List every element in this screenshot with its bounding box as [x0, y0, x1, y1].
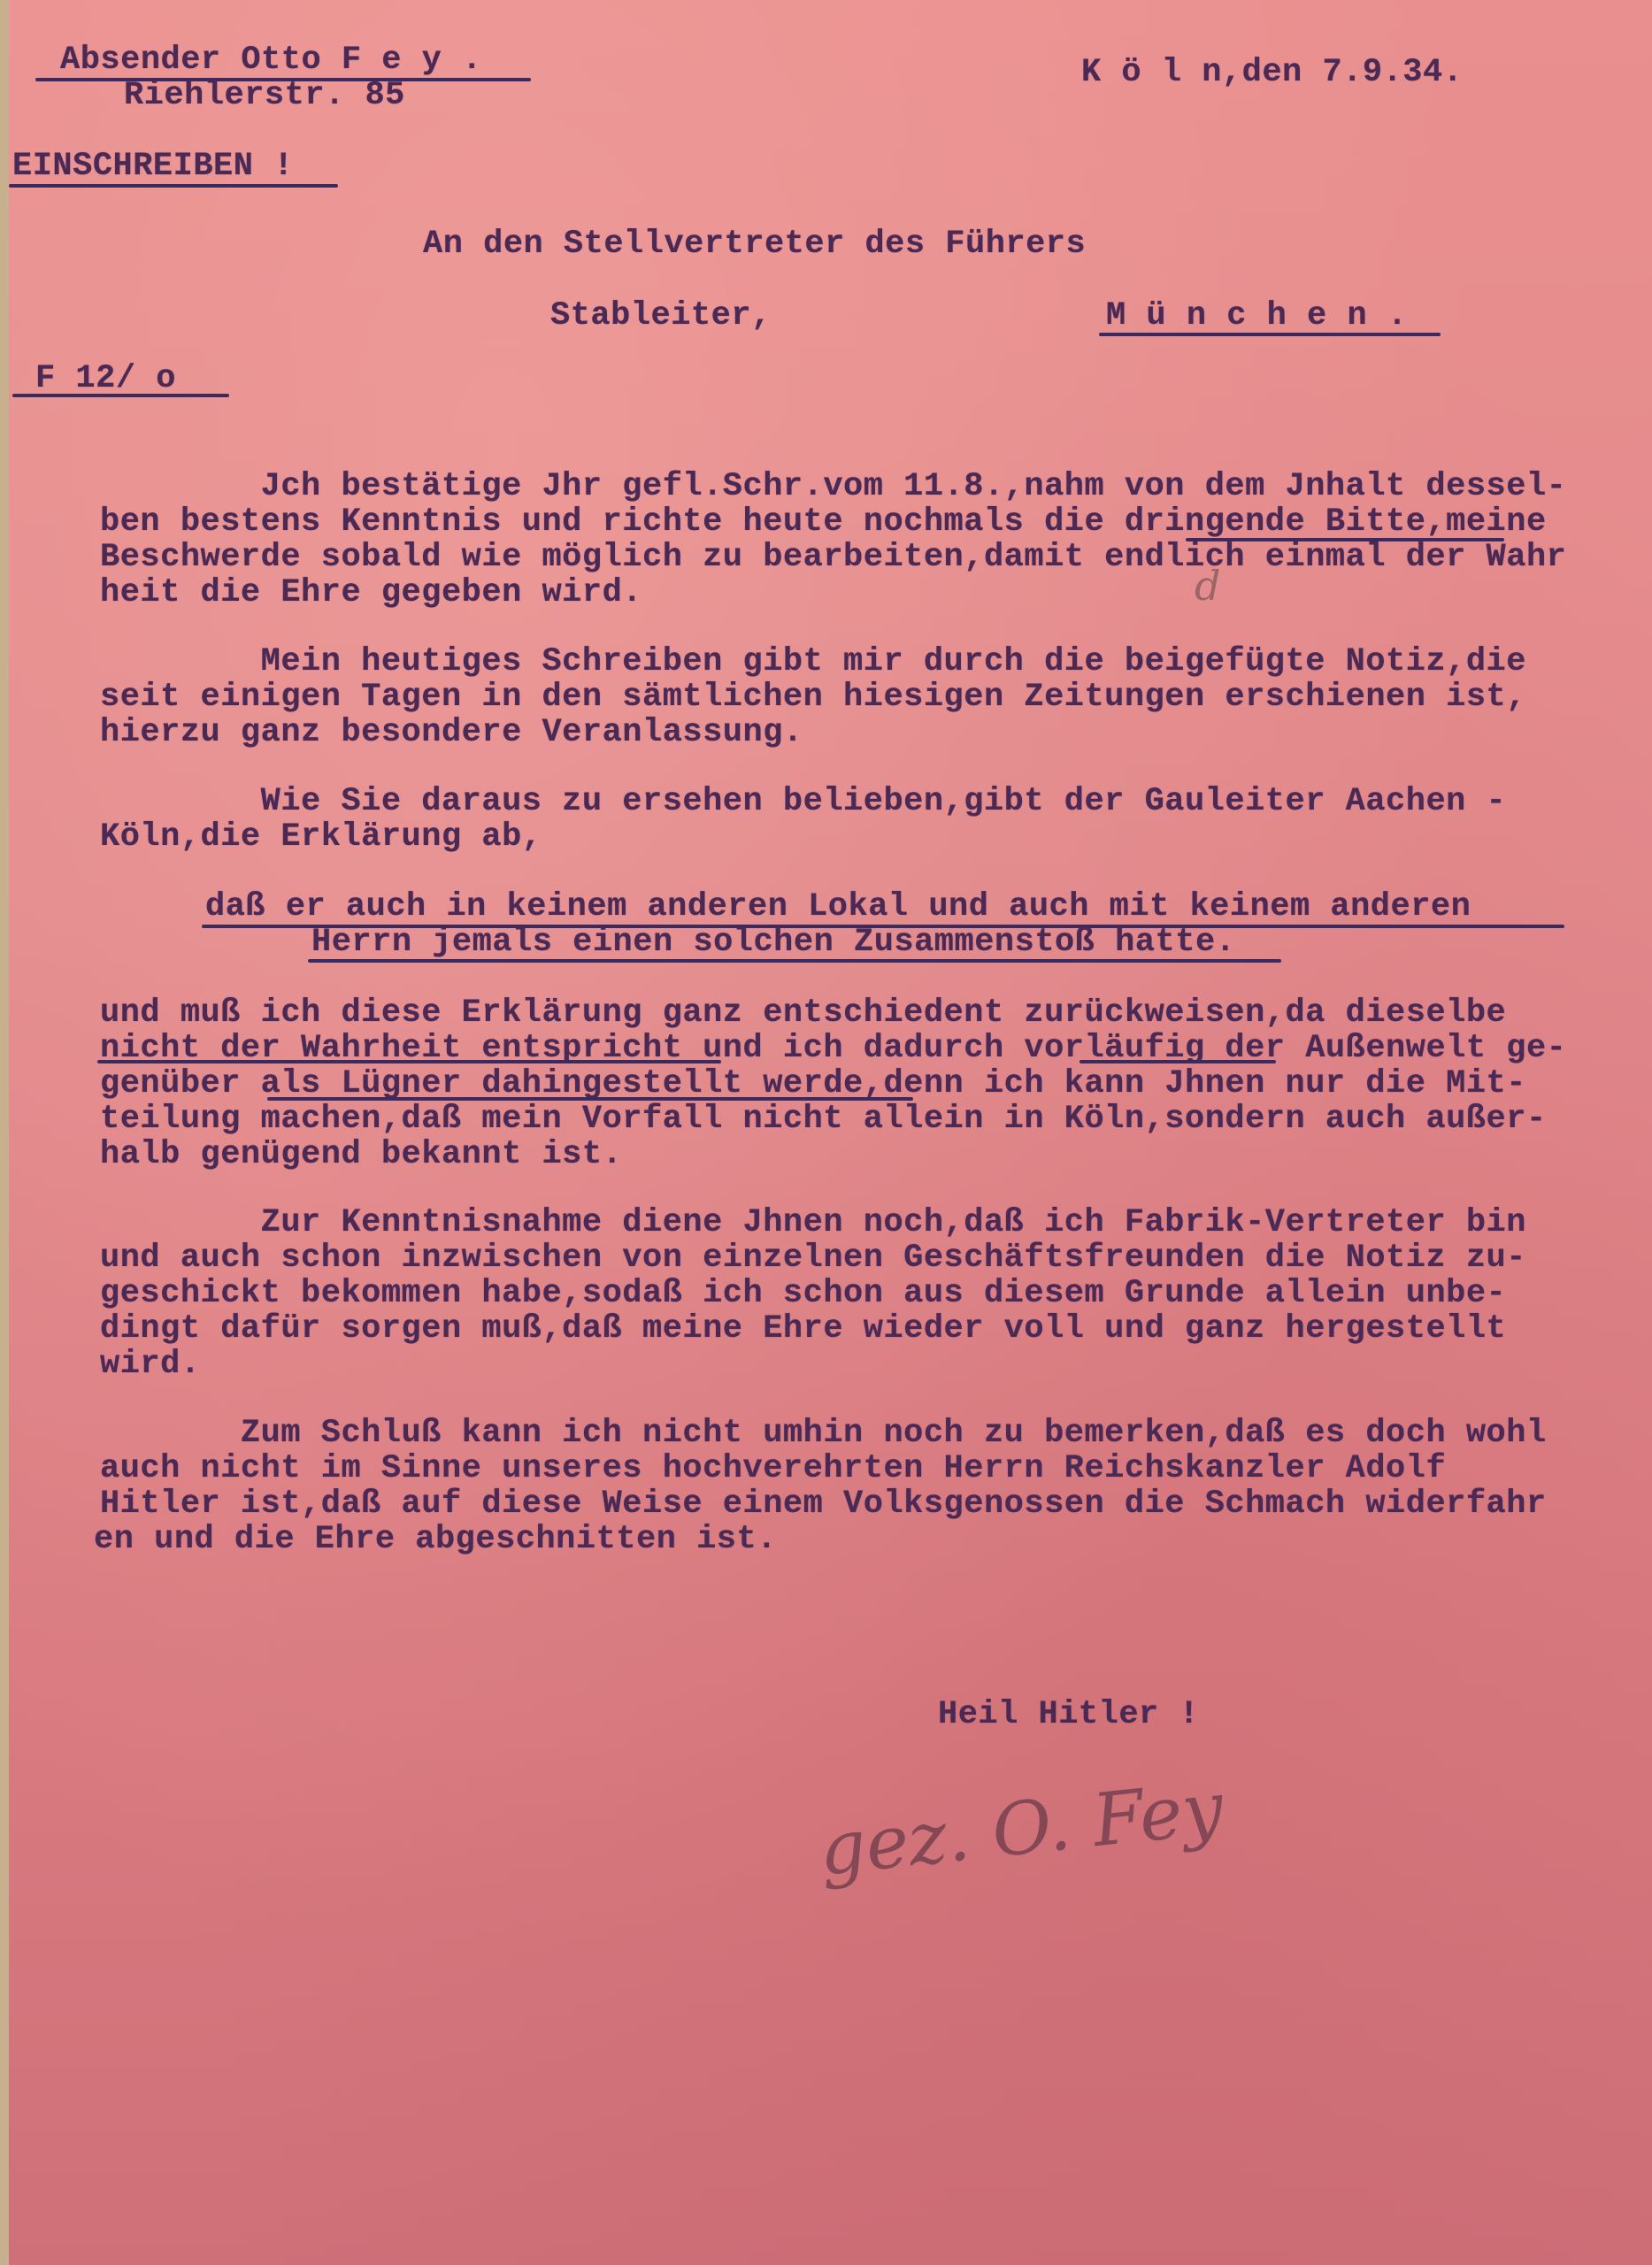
body-line: en und die Ehre abgeschnitten ist.: [94, 1522, 777, 1557]
recipient-line-2: Stableiter,: [550, 298, 772, 334]
quote-line: Herrn jemals einen solchen Zusammenstoß …: [311, 925, 1235, 960]
body-line: teilung machen,daß mein Vorfall nicht al…: [100, 1102, 1547, 1137]
body-line: Köln,die Erklärung ab,: [100, 819, 542, 855]
body-line: Zum Schluß kann ich nicht umhin noch zu …: [100, 1416, 1547, 1451]
sender-line: Absender Otto F e y .: [60, 42, 482, 78]
body-line: halb genügend bekannt ist.: [100, 1137, 622, 1172]
body-line: auch nicht im Sinne unseres hochverehrte…: [100, 1451, 1446, 1486]
body-line: ben bestens Kenntnis und richte heute no…: [100, 504, 1547, 540]
body-line: hierzu ganz besondere Veranlassung.: [100, 715, 803, 750]
body-line: Hitler ist,daß auf diese Weise einem Vol…: [100, 1486, 1547, 1522]
place-date: K ö l n,den 7.9.34.: [1081, 55, 1463, 90]
body-line: genüber als Lügner dahingestellt werde,d…: [100, 1066, 1526, 1102]
underline-wahrheit: [97, 1060, 721, 1063]
pencil-correction: d: [1195, 562, 1220, 610]
body-line: heit die Ehre gegeben wird.: [100, 575, 642, 610]
body-line: dingt dafür sorgen muß,daß meine Ehre wi…: [100, 1311, 1506, 1347]
body-line: und auch schon inzwischen von einzelnen …: [100, 1240, 1526, 1276]
body-line: Jch bestätige Jhr gefl.Schr.vom 11.8.,na…: [100, 469, 1566, 504]
sender-address: Riehlerstr. 85: [124, 78, 405, 113]
reference-code: F 12/ o: [35, 361, 176, 396]
recipient-city: M ü n c h e n .: [1106, 298, 1408, 334]
underline-vorlaeufig: [1080, 1060, 1276, 1063]
body-line: Beschwerde sobald wie möglich zu bearbei…: [100, 540, 1566, 575]
body-line: und muß ich diese Erklärung ganz entschi…: [100, 995, 1506, 1031]
body-line: geschickt bekommen habe,sodaß ich schon …: [100, 1276, 1506, 1311]
page-edge: [0, 0, 9, 2265]
body-line: Wie Sie daraus zu ersehen belieben,gibt …: [100, 784, 1506, 819]
quote-line: daß er auch in keinem anderen Lokal und …: [205, 889, 1471, 925]
quote-underline-2: [308, 959, 1281, 963]
closing: Heil Hitler !: [938, 1697, 1199, 1732]
body-line: Mein heutiges Schreiben gibt mir durch d…: [100, 644, 1526, 679]
recipient-line-1: An den Stellvertreter des Führers: [423, 226, 1086, 262]
body-line: wird.: [100, 1347, 201, 1382]
body-line: seit einigen Tagen in den sämtlichen hie…: [100, 679, 1526, 715]
registered-underline: [9, 184, 338, 188]
reference-underline: [12, 394, 229, 397]
city-underline: [1099, 333, 1441, 336]
body-line: Zur Kenntnisnahme diene Jhnen noch,daß i…: [100, 1205, 1526, 1240]
registered-mark: EINSCHREIBEN !: [12, 149, 294, 184]
